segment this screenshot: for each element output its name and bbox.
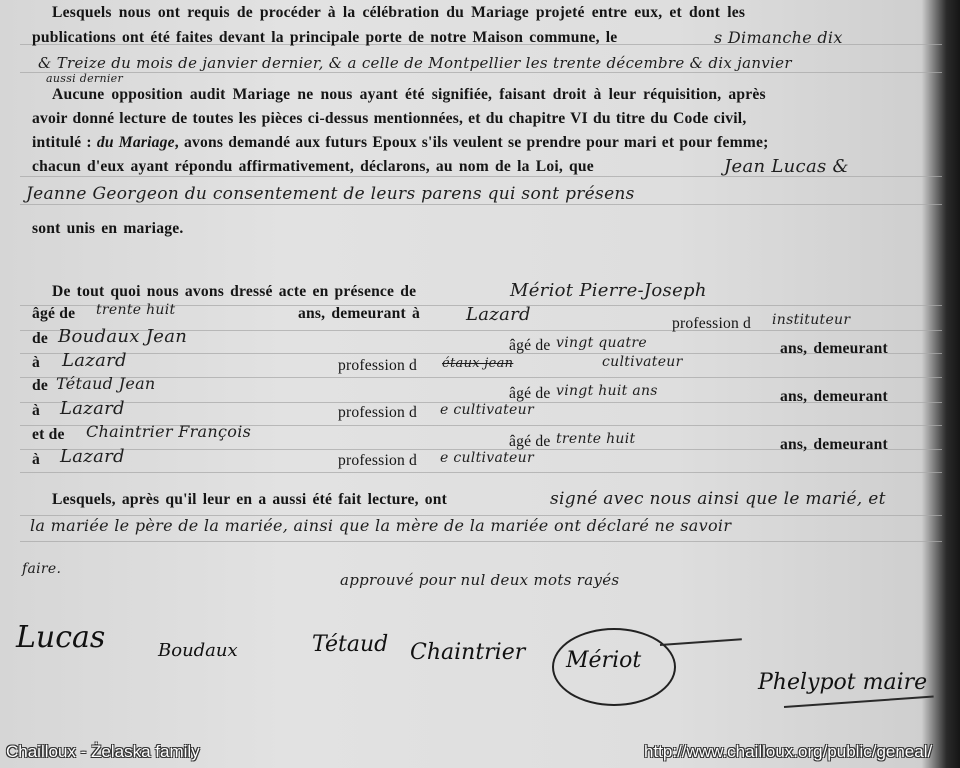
handwritten-text: la mariée le père de la mariée, ainsi qu…	[30, 516, 731, 535]
italic-title: du Mariage	[97, 134, 175, 151]
handwritten-text: s Dimanche dix	[714, 28, 843, 47]
text-fragment: , avons demandé aux futurs Epoux s'ils v…	[175, 134, 769, 151]
label: et de	[32, 426, 65, 444]
label: de	[32, 330, 48, 348]
signature-tetaud: Tétaud	[312, 632, 388, 657]
signature-flourish	[660, 638, 742, 646]
text-line: chacun d'eux ayant répondu affirmativeme…	[32, 158, 594, 176]
label: ans, demeurant	[780, 388, 888, 406]
witness-residence: Lazard	[60, 446, 125, 467]
witness-residence: Lazard	[60, 398, 125, 419]
witness-profession: e cultivateur	[440, 402, 534, 418]
handwritten-text: & Treize du mois de janvier dernier, & a…	[38, 54, 792, 72]
label: âgé de	[509, 337, 550, 355]
witness-profession-struck: étaux jean	[442, 356, 513, 371]
label: profession d	[338, 357, 417, 375]
witness-age: vingt quatre	[556, 335, 647, 351]
label: profession d	[672, 315, 751, 333]
witness-name: Boudaux Jean	[58, 326, 187, 347]
label: à	[32, 354, 40, 372]
signature-meriot: Mériot	[566, 648, 641, 673]
handwritten-text: faire.	[22, 561, 61, 577]
label: profession d	[338, 404, 417, 422]
handwritten-text: aussi dernier	[46, 72, 123, 85]
witness-name: Tétaud Jean	[56, 374, 156, 393]
label: ans, demeurant	[780, 436, 888, 454]
label: à	[32, 451, 40, 469]
signature-mayor: Phelypot maire	[758, 670, 927, 695]
watermark-url: http://www.chailloux.org/public/geneal/	[644, 742, 932, 762]
witness-age: trente huit	[96, 302, 175, 318]
ruled-line	[20, 204, 942, 205]
marriage-record-page: Lesquels nous ont requis de procéder à l…	[0, 0, 960, 768]
text-line: sont unis en mariage.	[32, 220, 183, 238]
text-fragment: intitulé :	[32, 134, 97, 151]
witness-profession: instituteur	[772, 312, 850, 328]
label: de	[32, 377, 48, 395]
label: âgé de	[509, 433, 550, 451]
witness-profession: cultivateur	[602, 354, 683, 370]
text-line: Aucune opposition audit Mariage ne nous …	[52, 86, 766, 104]
label: profession d	[338, 452, 417, 470]
text-line: publications ont été faites devant la pr…	[32, 29, 617, 47]
signature-boudaux: Boudaux	[158, 640, 238, 661]
ruled-line	[20, 72, 942, 73]
text-line: De tout quoi nous avons dressé acte en p…	[52, 283, 416, 301]
label: ans, demeurant à	[298, 305, 420, 323]
handwritten-text: Jeanne Georgeon du consentement de leurs…	[26, 184, 635, 204]
signature-chaintrier: Chaintrier	[410, 640, 525, 665]
witness-residence: Lazard	[466, 304, 531, 325]
ruled-line	[20, 541, 942, 542]
handwritten-text: Jean Lucas &	[724, 156, 849, 177]
watermark-family: Chailloux - Żelaska family	[6, 742, 200, 762]
label: âgé de	[509, 385, 550, 403]
text-line: avoir donné lecture de toutes les pièces…	[32, 110, 746, 128]
handwritten-text: Mériot Pierre-Joseph	[510, 280, 707, 301]
ruled-line	[20, 472, 942, 473]
witness-profession: e cultivateur	[440, 450, 534, 466]
text-line: intitulé : du Mariage, avons demandé aux…	[32, 134, 768, 152]
text-line: Lesquels nous ont requis de procéder à l…	[52, 4, 745, 22]
witness-residence: Lazard	[62, 350, 127, 371]
witness-name: Chaintrier François	[86, 422, 251, 441]
witness-age: vingt huit ans	[556, 383, 658, 399]
handwritten-text: signé avec nous ainsi que le marié, et	[550, 489, 886, 509]
witness-age: trente huit	[556, 431, 635, 447]
signature-lucas: Lucas	[16, 620, 105, 655]
ruled-line	[20, 377, 942, 378]
label: ans, demeurant	[780, 340, 888, 358]
signature-flourish	[784, 696, 934, 708]
text-line: Lesquels, après qu'il leur en a aussi ét…	[52, 491, 447, 509]
handwritten-approval: approuvé pour nul deux mots rayés	[340, 571, 619, 589]
label: à	[32, 402, 40, 420]
label: âgé de	[32, 305, 75, 323]
